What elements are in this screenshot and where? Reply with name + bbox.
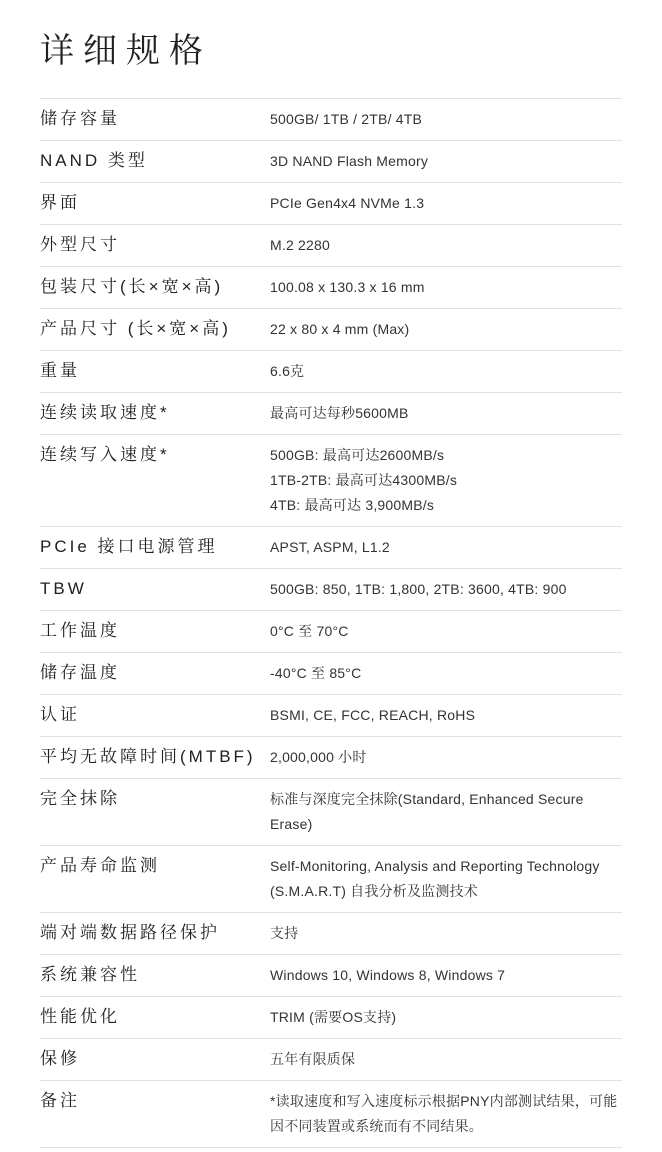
- spec-row: PCIe 接口电源管理 APST, ASPM, L1.2: [40, 527, 622, 569]
- spec-label: 储存容量: [40, 106, 270, 131]
- spec-row: 储存容量 500GB/ 1TB / 2TB/ 4TB: [40, 99, 622, 141]
- page-title: 详细规格: [40, 0, 622, 72]
- spec-row: 完全抹除 标准与深度完全抹除(Standard, Enhanced Secure…: [40, 779, 622, 846]
- spec-value: 500GB: 最高可达2600MB/s1TB-2TB: 最高可达4300MB/s…: [270, 443, 622, 518]
- spec-label: 系统兼容性: [40, 962, 270, 987]
- spec-value: 2,000,000 小时: [270, 745, 622, 770]
- spec-row: 产品尺寸 (长×宽×高) 22 x 80 x 4 mm (Max): [40, 309, 622, 351]
- spec-value: PCIe Gen4x4 NVMe 1.3: [270, 191, 622, 216]
- spec-label: 连续写入速度*: [40, 442, 270, 467]
- spec-label: 界面: [40, 190, 270, 215]
- spec-label: 工作温度: [40, 618, 270, 643]
- spec-label: PCIe 接口电源管理: [40, 534, 270, 559]
- spec-value-line: (S.M.A.R.T) 自我分析及监测技术: [270, 879, 622, 904]
- product-spec-page: 详细规格 储存容量 500GB/ 1TB / 2TB/ 4TB NAND 类型 …: [0, 0, 662, 1148]
- spec-row: 连续写入速度* 500GB: 最高可达2600MB/s1TB-2TB: 最高可达…: [40, 435, 622, 527]
- spec-row: 重量 6.6克: [40, 351, 622, 393]
- spec-value: 22 x 80 x 4 mm (Max): [270, 317, 622, 342]
- spec-value: 标准与深度完全抹除(Standard, Enhanced Secure Eras…: [270, 787, 622, 837]
- spec-value: 6.6克: [270, 359, 622, 384]
- spec-row: 外型尺寸 M.2 2280: [40, 225, 622, 267]
- spec-label: 包装尺寸(长×宽×高): [40, 274, 270, 299]
- spec-row: 界面 PCIe Gen4x4 NVMe 1.3: [40, 183, 622, 225]
- spec-value: 500GB: 850, 1TB: 1,800, 2TB: 3600, 4TB: …: [270, 577, 622, 602]
- spec-label: 产品尺寸 (长×宽×高): [40, 316, 270, 341]
- spec-value: BSMI, CE, FCC, REACH, RoHS: [270, 703, 622, 728]
- spec-row: TBW 500GB: 850, 1TB: 1,800, 2TB: 3600, 4…: [40, 569, 622, 611]
- spec-row: 储存温度 -40°C 至 85°C: [40, 653, 622, 695]
- spec-value: Self-Monitoring, Analysis and Reporting …: [270, 854, 622, 904]
- spec-label: 完全抹除: [40, 786, 270, 811]
- spec-label: 平均无故障时间(MTBF): [40, 744, 270, 769]
- spec-row: 包装尺寸(长×宽×高) 100.08 x 130.3 x 16 mm: [40, 267, 622, 309]
- spec-label: 端对端数据路径保护: [40, 920, 270, 945]
- spec-label: 保修: [40, 1046, 270, 1071]
- spec-value: 3D NAND Flash Memory: [270, 149, 622, 174]
- spec-row: 认证 BSMI, CE, FCC, REACH, RoHS: [40, 695, 622, 737]
- spec-label: NAND 类型: [40, 148, 270, 173]
- spec-label: 外型尺寸: [40, 232, 270, 257]
- spec-label: 储存温度: [40, 660, 270, 685]
- spec-value: -40°C 至 85°C: [270, 661, 622, 686]
- spec-value: Windows 10, Windows 8, Windows 7: [270, 963, 622, 988]
- spec-value: TRIM (需要OS支持): [270, 1005, 622, 1030]
- spec-row: 工作温度 0°C 至 70°C: [40, 611, 622, 653]
- spec-label: 备注: [40, 1088, 270, 1113]
- spec-row: 性能优化 TRIM (需要OS支持): [40, 997, 622, 1039]
- spec-table: 储存容量 500GB/ 1TB / 2TB/ 4TB NAND 类型 3D NA…: [40, 98, 622, 1148]
- spec-label: 重量: [40, 358, 270, 383]
- spec-label: 性能优化: [40, 1004, 270, 1029]
- spec-value: M.2 2280: [270, 233, 622, 258]
- spec-value: 支持: [270, 921, 622, 946]
- spec-value: 最高可达每秒5600MB: [270, 401, 622, 426]
- spec-value-line: 500GB: 最高可达2600MB/s: [270, 443, 622, 468]
- spec-row: 保修 五年有限质保: [40, 1039, 622, 1081]
- spec-row: NAND 类型 3D NAND Flash Memory: [40, 141, 622, 183]
- spec-row: 备注 *读取速度和写入速度标示根据PNY内部测试结果，可能因不同装置或系统而有不…: [40, 1081, 622, 1148]
- spec-value-line: 1TB-2TB: 最高可达4300MB/s: [270, 468, 622, 493]
- spec-value: APST, ASPM, L1.2: [270, 535, 622, 560]
- spec-label: 认证: [40, 702, 270, 727]
- spec-label: 连续读取速度*: [40, 400, 270, 425]
- spec-row: 连续读取速度* 最高可达每秒5600MB: [40, 393, 622, 435]
- spec-row: 端对端数据路径保护 支持: [40, 913, 622, 955]
- spec-value: 100.08 x 130.3 x 16 mm: [270, 275, 622, 300]
- spec-value-line: Self-Monitoring, Analysis and Reporting …: [270, 854, 622, 879]
- spec-row: 系统兼容性 Windows 10, Windows 8, Windows 7: [40, 955, 622, 997]
- spec-value: *读取速度和写入速度标示根据PNY内部测试结果，可能因不同装置或系统而有不同结果…: [270, 1089, 622, 1139]
- spec-row: 平均无故障时间(MTBF) 2,000,000 小时: [40, 737, 622, 779]
- spec-value: 五年有限质保: [270, 1047, 622, 1072]
- spec-row: 产品寿命监测 Self-Monitoring, Analysis and Rep…: [40, 846, 622, 913]
- spec-value: 0°C 至 70°C: [270, 619, 622, 644]
- spec-value-line: 4TB: 最高可达 3,900MB/s: [270, 493, 622, 518]
- spec-label: TBW: [40, 576, 270, 601]
- spec-label: 产品寿命监测: [40, 853, 270, 878]
- spec-value: 500GB/ 1TB / 2TB/ 4TB: [270, 107, 622, 132]
